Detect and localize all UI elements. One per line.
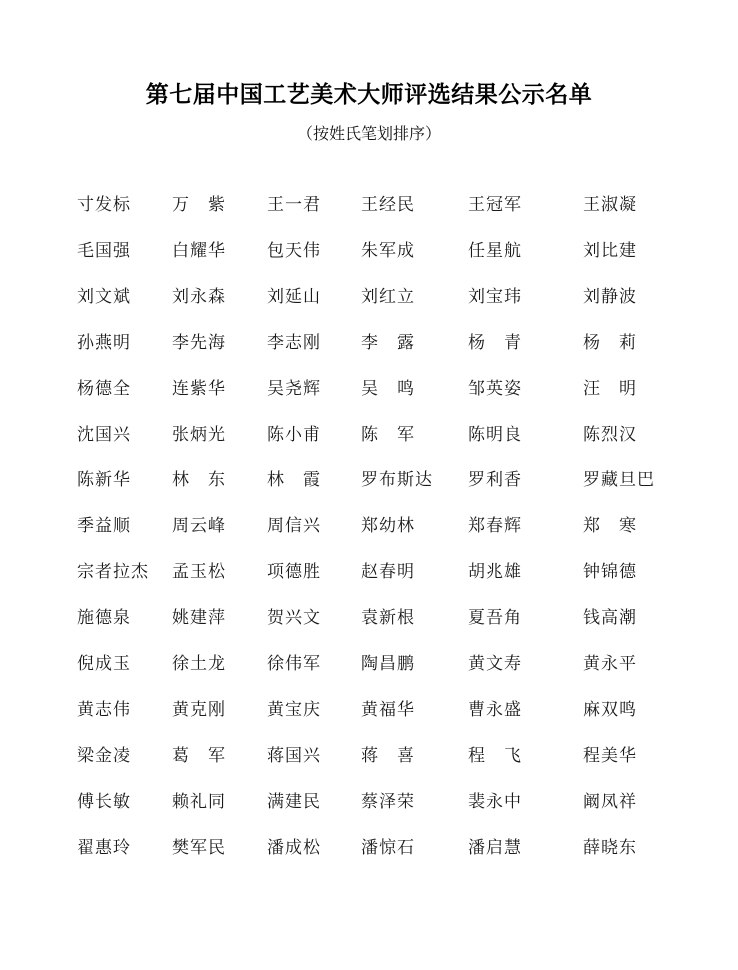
name-row: 黄志伟黄克刚黄宝庆黄福华曹永盛麻双鸣	[0, 697, 738, 727]
name-row: 陈新华林 东林 霞罗布斯达罗利香罗藏旦巴	[0, 467, 738, 497]
name-entry: 陈小甫	[267, 422, 321, 448]
name-entry: 夏吾角	[468, 605, 522, 631]
name-entry: 孙燕明	[77, 330, 131, 356]
name-entry: 杨德全	[77, 376, 131, 402]
name-row: 沈国兴张炳光陈小甫陈 军陈明良陈烈汉	[0, 422, 738, 452]
name-entry: 罗布斯达	[361, 467, 433, 493]
name-entry: 李先海	[172, 330, 226, 356]
name-entry: 钟锦德	[583, 559, 637, 585]
name-entry: 黄文寿	[468, 651, 522, 677]
name-entry: 杨 青	[468, 330, 522, 356]
name-entry: 郑幼林	[361, 513, 415, 539]
name-entry: 陶昌鹏	[361, 651, 415, 677]
page-title: 第七届中国工艺美术大师评选结果公示名单	[0, 76, 738, 109]
name-row: 毛国强白耀华包天伟朱军成任星航刘比建	[0, 238, 738, 268]
name-row: 梁金凌葛 军蒋国兴蒋 喜程 飞程美华	[0, 743, 738, 773]
name-entry: 季益顺	[77, 513, 131, 539]
name-entry: 项德胜	[267, 559, 321, 585]
name-entry: 黄宝庆	[267, 697, 321, 723]
name-entry: 施德泉	[77, 605, 131, 631]
name-row: 倪成玉徐土龙徐伟军陶昌鹏黄文寿黄永平	[0, 651, 738, 681]
name-row: 孙燕明李先海李志刚李 露杨 青杨 莉	[0, 330, 738, 360]
name-entry: 刘比建	[583, 238, 637, 264]
name-entry: 赵春明	[361, 559, 415, 585]
name-entry: 周信兴	[267, 513, 321, 539]
name-entry: 陈明良	[468, 422, 522, 448]
name-entry: 刘永森	[172, 284, 226, 310]
name-entry: 徐土龙	[172, 651, 226, 677]
name-entry: 蔡泽荣	[361, 789, 415, 815]
name-entry: 王淑凝	[583, 192, 637, 218]
name-entry: 钱高潮	[583, 605, 637, 631]
name-row: 刘文斌刘永森刘延山刘红立刘宝玮刘静波	[0, 284, 738, 314]
name-entry: 李志刚	[267, 330, 321, 356]
name-entry: 林 霞	[267, 467, 321, 493]
name-entry: 蒋 喜	[361, 743, 415, 769]
name-entry: 潘成松	[267, 835, 321, 861]
name-entry: 贺兴文	[267, 605, 321, 631]
name-entry: 任星航	[468, 238, 522, 264]
name-entry: 葛 军	[172, 743, 226, 769]
name-entry: 翟惠玲	[77, 835, 131, 861]
name-entry: 黄克刚	[172, 697, 226, 723]
name-entry: 白耀华	[172, 238, 226, 264]
name-entry: 李 露	[361, 330, 415, 356]
name-row: 季益顺周云峰周信兴郑幼林郑春辉郑 寒	[0, 513, 738, 543]
name-entry: 裴永中	[468, 789, 522, 815]
name-entry: 薛晓东	[583, 835, 637, 861]
name-entry: 罗利香	[468, 467, 522, 493]
name-entry: 胡兆雄	[468, 559, 522, 585]
name-entry: 陈 军	[361, 422, 415, 448]
name-entry: 郑 寒	[583, 513, 637, 539]
name-entry: 姚建萍	[172, 605, 226, 631]
name-entry: 蒋国兴	[267, 743, 321, 769]
name-entry: 黄永平	[583, 651, 637, 677]
name-entry: 刘宝玮	[468, 284, 522, 310]
name-entry: 吴尧辉	[267, 376, 321, 402]
name-entry: 傅长敏	[77, 789, 131, 815]
name-entry: 张炳光	[172, 422, 226, 448]
name-entry: 麻双鸣	[583, 697, 637, 723]
name-entry: 刘红立	[361, 284, 415, 310]
name-entry: 袁新根	[361, 605, 415, 631]
name-entry: 毛国强	[77, 238, 131, 264]
name-entry: 黄志伟	[77, 697, 131, 723]
name-entry: 汪 明	[583, 376, 637, 402]
name-entry: 梁金凌	[77, 743, 131, 769]
page-subtitle: （按姓氏笔划排序）	[0, 121, 738, 144]
name-row: 宗者拉杰孟玉松项德胜赵春明胡兆雄钟锦德	[0, 559, 738, 589]
name-row: 寸发标万 紫王一君王经民王冠军王淑凝	[0, 192, 738, 222]
name-entry: 徐伟军	[267, 651, 321, 677]
name-entry: 罗藏旦巴	[583, 467, 655, 493]
name-entry: 吴 鸣	[361, 376, 415, 402]
name-entry: 陈烈汉	[583, 422, 637, 448]
name-entry: 邹英姿	[468, 376, 522, 402]
name-entry: 樊军民	[172, 835, 226, 861]
name-entry: 刘延山	[267, 284, 321, 310]
name-row: 翟惠玲樊军民潘成松潘惊石潘启慧薛晓东	[0, 835, 738, 865]
name-entry: 宗者拉杰	[77, 559, 149, 585]
name-entry: 陈新华	[77, 467, 131, 493]
name-entry: 赖礼同	[172, 789, 226, 815]
name-entry: 刘静波	[583, 284, 637, 310]
name-entry: 周云峰	[172, 513, 226, 539]
name-row: 杨德全连紫华吴尧辉吴 鸣邹英姿汪 明	[0, 376, 738, 406]
name-entry: 寸发标	[77, 192, 131, 218]
name-entry: 林 东	[172, 467, 226, 493]
name-entry: 郑春辉	[468, 513, 522, 539]
name-entry: 包天伟	[267, 238, 321, 264]
name-row: 施德泉姚建萍贺兴文袁新根夏吾角钱高潮	[0, 605, 738, 635]
name-entry: 王冠军	[468, 192, 522, 218]
name-entry: 满建民	[267, 789, 321, 815]
name-entry: 潘启慧	[468, 835, 522, 861]
name-row: 傅长敏赖礼同满建民蔡泽荣裴永中阚凤祥	[0, 789, 738, 819]
name-entry: 朱军成	[361, 238, 415, 264]
name-entry: 杨 莉	[583, 330, 637, 356]
name-entry: 程 飞	[468, 743, 522, 769]
name-entry: 孟玉松	[172, 559, 226, 585]
name-entry: 倪成玉	[77, 651, 131, 677]
name-entry: 王经民	[361, 192, 415, 218]
name-entry: 黄福华	[361, 697, 415, 723]
name-entry: 王一君	[267, 192, 321, 218]
name-entry: 沈国兴	[77, 422, 131, 448]
name-entry: 万 紫	[172, 192, 226, 218]
name-entry: 程美华	[583, 743, 637, 769]
name-entry: 曹永盛	[468, 697, 522, 723]
name-entry: 阚凤祥	[583, 789, 637, 815]
name-entry: 潘惊石	[361, 835, 415, 861]
name-entry: 连紫华	[172, 376, 226, 402]
name-entry: 刘文斌	[77, 284, 131, 310]
